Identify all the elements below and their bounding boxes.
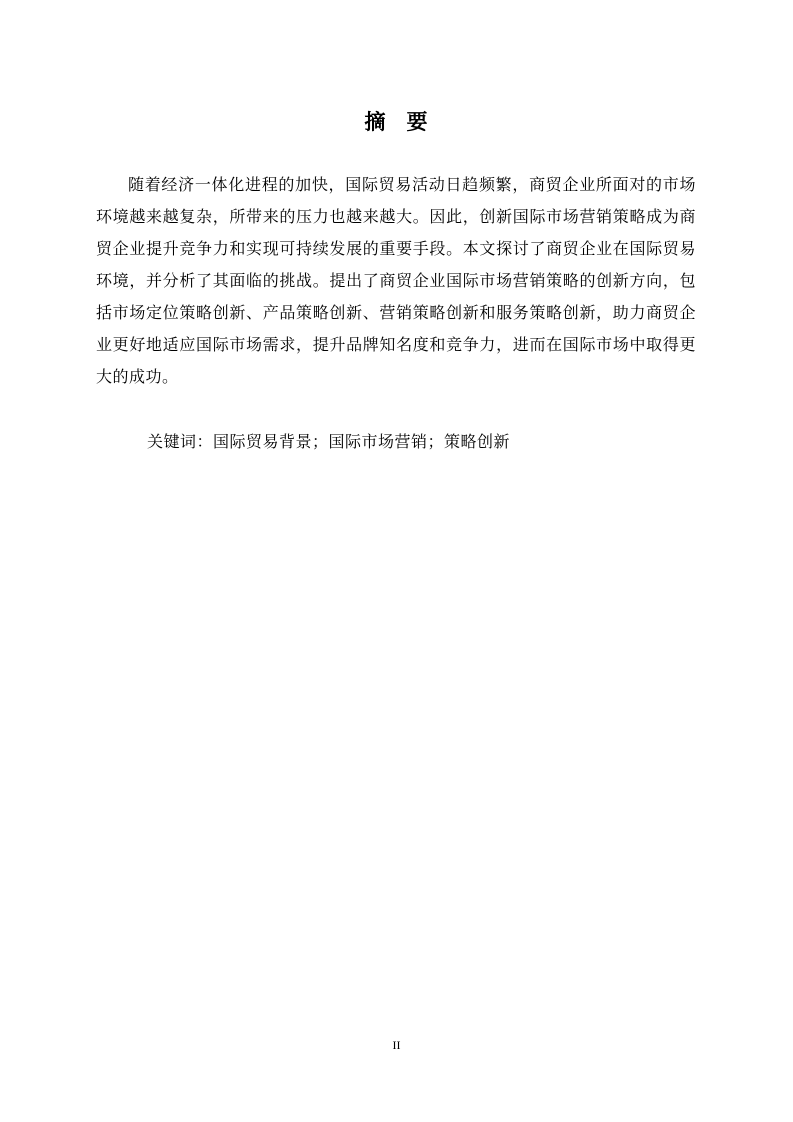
abstract-title: 摘 要 [96, 107, 696, 139]
abstract-paragraph: 随着经济一体化进程的加快，国际贸易活动日趋频繁，商贸企业所面对的市场环境越来越复… [96, 170, 696, 394]
document-page: 摘 要 随着经济一体化进程的加快，国际贸易活动日趋频繁，商贸企业所面对的市场环境… [0, 0, 793, 1122]
keywords-label: 关键词： [147, 434, 213, 451]
keywords-line: 关键词：国际贸易背景；国际市场营销；策略创新 [96, 427, 696, 459]
page-footer: II [0, 1038, 793, 1052]
page-content: 摘 要 随着经济一体化进程的加快，国际贸易活动日趋频繁，商贸企业所面对的市场环境… [96, 0, 696, 459]
keywords-text: 国际贸易背景；国际市场营销；策略创新 [213, 434, 510, 451]
page-number: II [393, 1038, 401, 1052]
